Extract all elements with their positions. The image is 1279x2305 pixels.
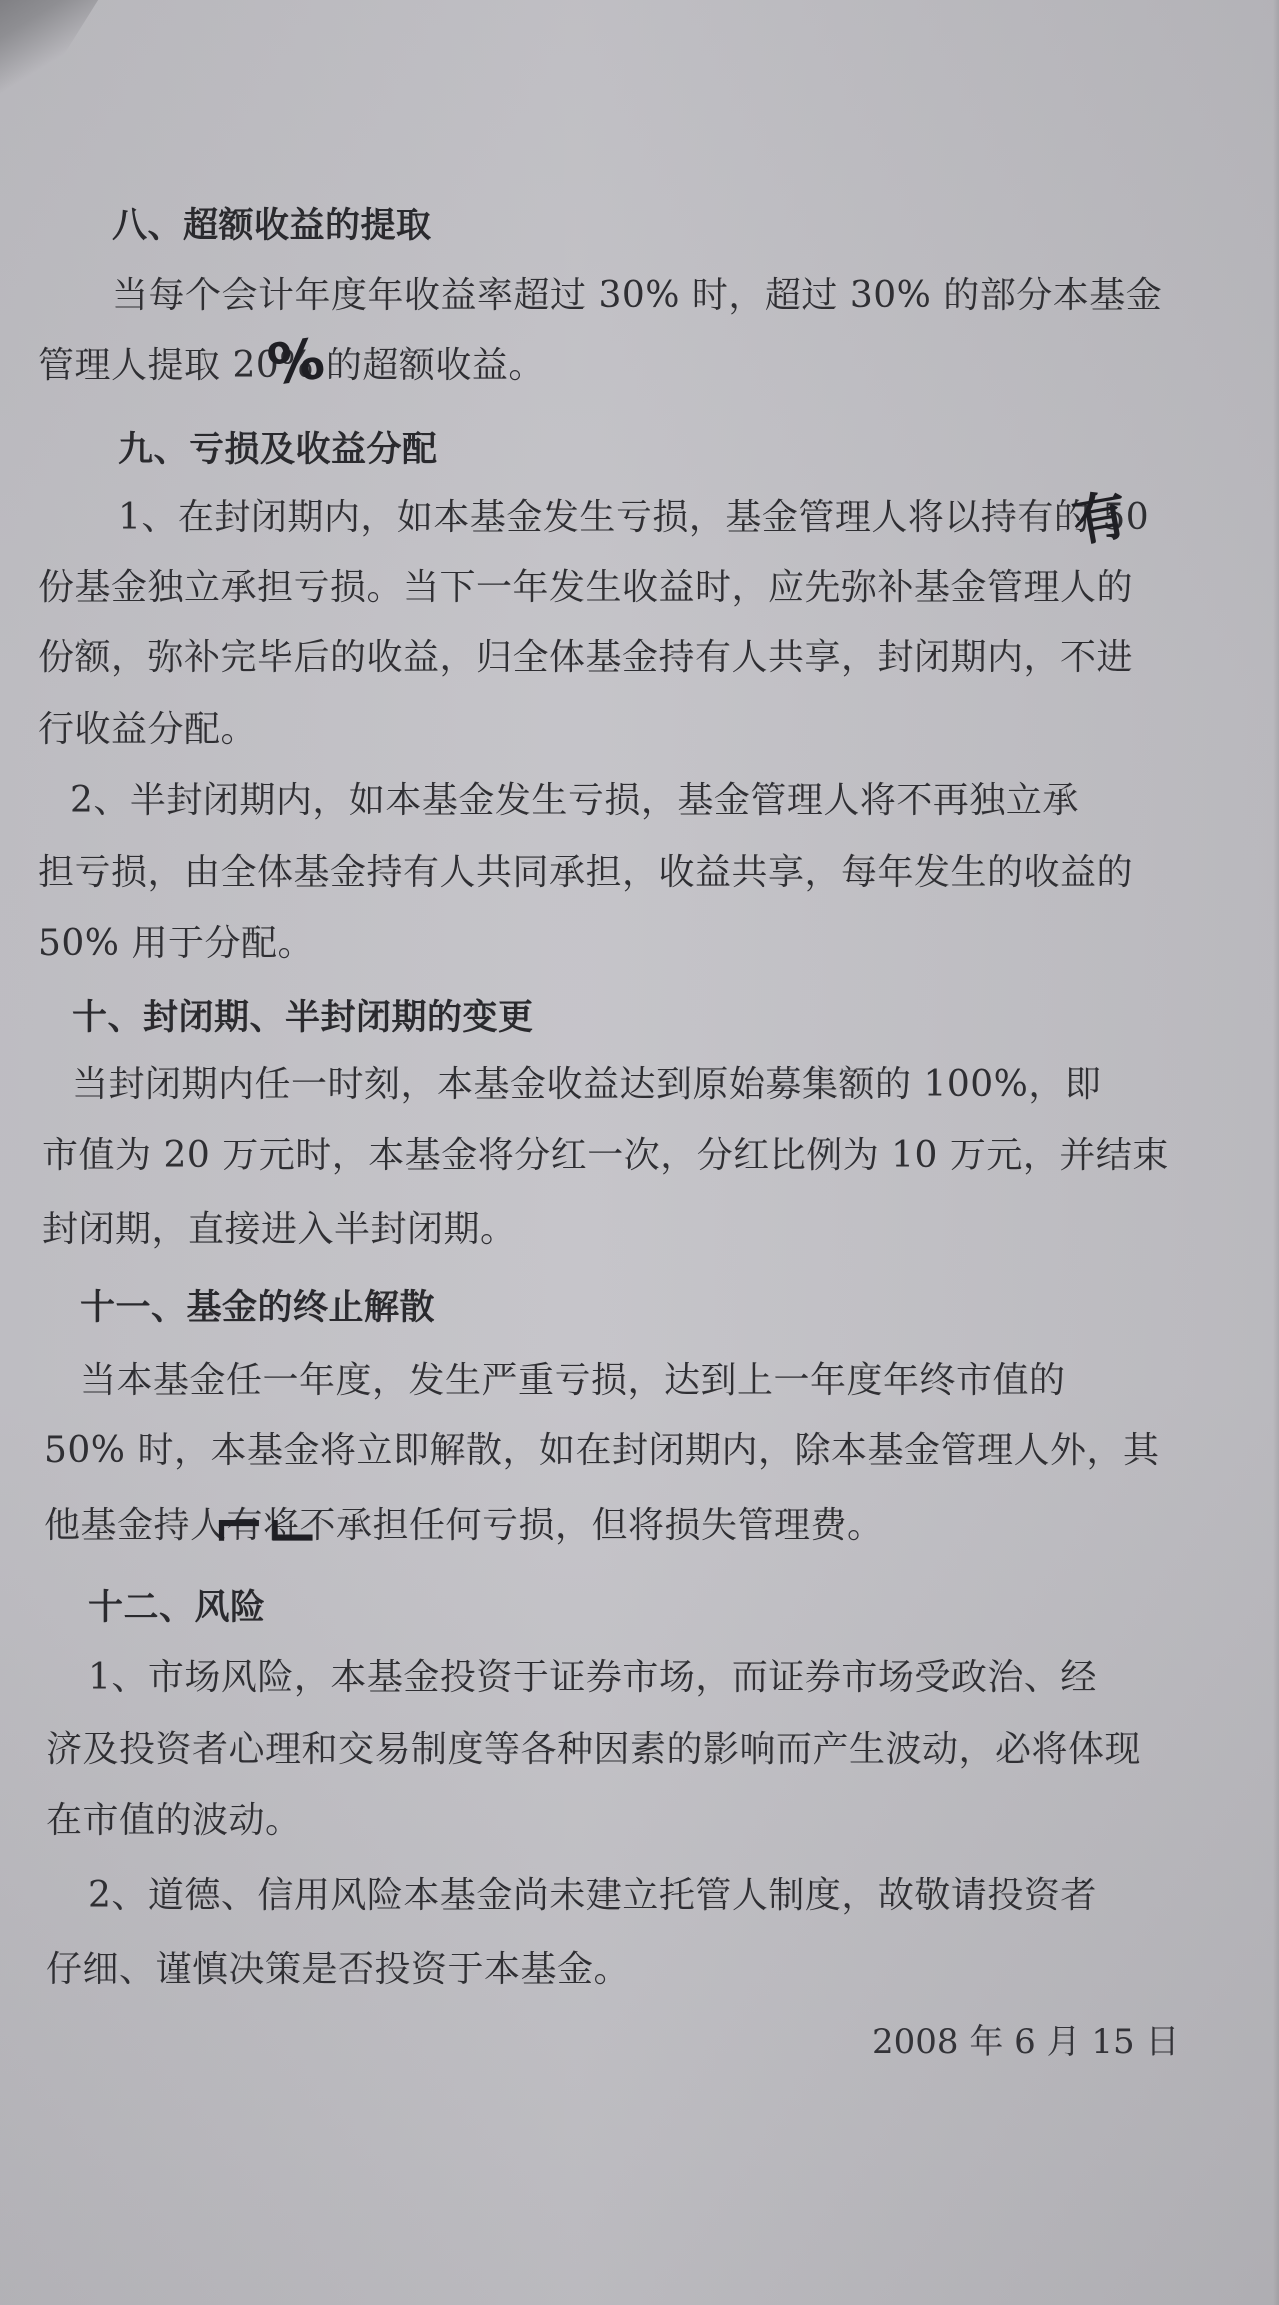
section-9-line-5: 2、半封闭期内，如本基金发生亏损，基金管理人将不再独立承	[70, 783, 1079, 819]
section-10-line-1: 当封闭期内任一时刻，本基金收益达到原始募集额的 100%，即	[72, 1067, 1101, 1103]
section-9-line-2: 份基金独立承担亏损。当下一年发生收益时，应先弥补基金管理人的	[38, 570, 1133, 606]
section-9-line-4: 行收益分配。	[38, 712, 257, 748]
edge-shadow	[1273, 0, 1279, 2305]
section-heading-11: 十一、基金的终止解散	[80, 1290, 435, 1326]
section-8-line-1: 当每个会计年度年收益率超过 30% 时，超过 30% 的部分本基金	[112, 278, 1162, 314]
section-heading-12: 十二、风险	[88, 1590, 266, 1626]
section-12-line-2: 济及投资者心理和交易制度等各种因素的影响而产生波动，必将体现	[46, 1732, 1141, 1768]
document-date: 2008 年 6 月 15 日	[872, 2025, 1179, 2059]
handwritten-insert-you: 有	[1066, 472, 1133, 557]
handwritten-percent-mark: %	[264, 326, 329, 398]
section-11-line-1: 当本基金任一年度，发生严重亏损，达到上一年度年终市值的	[80, 1363, 1066, 1399]
section-9-line-3: 份额，弥补完毕后的收益，归全体基金持有人共享，封闭期内，不进	[38, 640, 1133, 676]
handwritten-transpose-mark: ⌐⌙	[212, 1484, 319, 1569]
section-11-line-2: 50% 时，本基金将立即解散，如在封闭期内，除本基金管理人外，其	[44, 1433, 1159, 1469]
section-10-line-3: 封闭期，直接进入半封闭期。	[42, 1212, 517, 1248]
document-page: 八、超额收益的提取 当每个会计年度年收益率超过 30% 时，超过 30% 的部分…	[0, 0, 1279, 2305]
section-12-line-3: 在市值的波动。	[46, 1803, 302, 1839]
section-10-line-2: 市值为 20 万元时，本基金将分红一次，分红比例为 10 万元，并结束	[42, 1138, 1169, 1174]
section-heading-10: 十、封闭期、半封闭期的变更	[72, 1000, 534, 1036]
section-9-line-1: 1、在封闭期内，如本基金发生亏损，基金管理人将以持有的 50	[118, 500, 1149, 536]
section-12-line-5: 仔细、谨慎决策是否投资于本基金。	[46, 1952, 630, 1988]
section-heading-8: 八、超额收益的提取	[112, 208, 432, 244]
section-11-line-3: 他基金持人有将不承担任何亏损，但将损失管理费。	[44, 1508, 884, 1544]
section-12-line-4: 2、道德、信用风险本基金尚未建立托管人制度，故敬请投资者	[88, 1878, 1097, 1914]
section-heading-9: 九、亏损及收益分配	[118, 432, 438, 468]
section-12-line-1: 1、市场风险，本基金投资于证券市场，而证券市场受政治、经	[88, 1660, 1097, 1696]
section-9-line-6: 担亏损，由全体基金持有人共同承担，收益共享，每年发生的收益的	[38, 855, 1133, 891]
corner-shadow	[0, 0, 117, 120]
section-9-line-7: 50% 用于分配。	[38, 926, 314, 962]
